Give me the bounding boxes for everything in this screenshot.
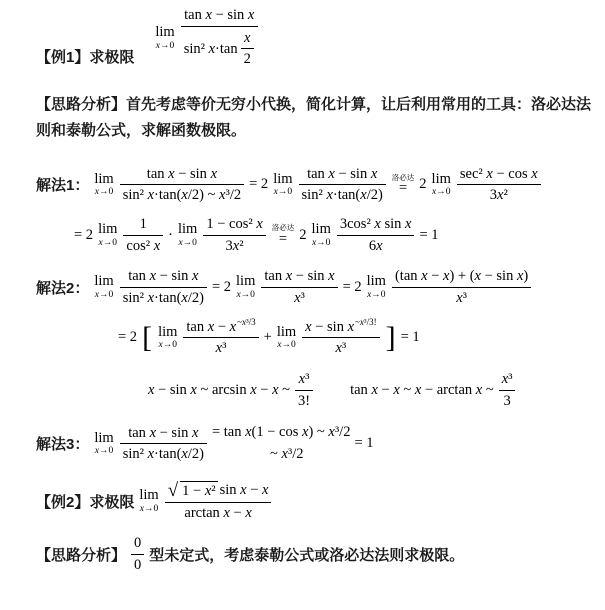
denominator: x³ bbox=[392, 288, 531, 308]
example1-label: 【例1】求极限 bbox=[36, 46, 134, 67]
lim-subscript: x→0 bbox=[95, 291, 113, 301]
denominator: x³ bbox=[183, 338, 258, 358]
denominator: 3x² bbox=[457, 185, 541, 205]
limit-operator: lim x→0 bbox=[367, 274, 386, 300]
stack-bottom: ~ x³/2 bbox=[212, 444, 351, 466]
equals-sign: = bbox=[279, 233, 287, 246]
limit-operator: lim x→0 bbox=[236, 274, 255, 300]
lim-subscript: x→0 bbox=[432, 188, 450, 198]
lhopital-equals: 洛必达 = bbox=[272, 224, 295, 246]
solution1-line1: 解法1： lim x→0 tan x − sin x sin² x·tan(x/… bbox=[36, 165, 591, 205]
solution2-line2: = 2 [ lim x→0 tan x − x~x³/3 x³ + lim x→… bbox=[118, 318, 591, 358]
fraction: sec² x − cos x 3x² bbox=[457, 165, 541, 205]
numerator: x³ bbox=[499, 370, 516, 391]
lim-subscript: x→0 bbox=[236, 291, 254, 301]
document-page: 【例1】求极限 lim x→0 tan x − sin x sin² x·tan… bbox=[0, 0, 605, 610]
denominator: x³ bbox=[261, 288, 337, 308]
solution1-line2: = 2 lim x→0 1 cos² x · lim x→0 1 − cos² … bbox=[74, 215, 591, 255]
fraction: 3cos² x sin x 6x bbox=[337, 215, 415, 255]
stack-top: = tan x(1 − cos x) ~ x³/2 bbox=[212, 422, 351, 444]
lim-subscript: x→0 bbox=[277, 341, 295, 351]
limit-operator: lim x→0 bbox=[94, 431, 113, 457]
limit-operator: lim x→0 bbox=[273, 172, 292, 198]
numerator: √ 1 − x² sin x − x bbox=[165, 480, 272, 503]
solution1-label: 解法1： bbox=[36, 174, 89, 195]
equals-1-result: = 1 bbox=[419, 227, 438, 244]
fraction: √ 1 − x² sin x − x arctan x − x bbox=[165, 480, 272, 523]
solution3-line: 解法3： lim x→0 tan x − sin x sin² x·tan(x/… bbox=[36, 422, 591, 466]
lim-word: lim bbox=[94, 431, 113, 446]
lhopital-equals: 洛必达 = bbox=[392, 174, 415, 196]
numerator: 1 − cos² x bbox=[203, 215, 265, 236]
analysis1-label: 【思路分析】 bbox=[36, 96, 126, 113]
fraction: 1 cos² x bbox=[123, 215, 163, 255]
lim-subscript: x→0 bbox=[95, 447, 113, 457]
lim-subscript: x→0 bbox=[274, 188, 292, 198]
equivalents-line: x − sin x ~ arcsin x − x ~ x³ 3! tan x −… bbox=[148, 370, 591, 410]
numerator: x − sin x~x³/3! bbox=[302, 318, 379, 339]
limit-operator: lim x→0 bbox=[277, 325, 296, 351]
denominator: 3! bbox=[295, 391, 313, 411]
radical-icon: √ bbox=[168, 481, 178, 500]
equivalence-annotation: ~x³/3 bbox=[237, 317, 256, 327]
lim-word: lim bbox=[94, 274, 113, 289]
lim-subscript: x→0 bbox=[159, 341, 177, 351]
lim-subscript: x→0 bbox=[367, 291, 385, 301]
equivalence-left: x − sin x ~ arcsin x − x ~ bbox=[148, 382, 290, 399]
lim-word: lim bbox=[155, 25, 174, 40]
lim-subscript: x→0 bbox=[312, 239, 330, 249]
example1-formula: lim x→0 tan x − sin x sin² x·tan x 2 bbox=[154, 6, 258, 70]
numerator: (tan x − x) + (x − sin x) bbox=[392, 267, 531, 288]
fraction: tan x − sin x sin² x·tan(x/2) bbox=[299, 165, 386, 205]
equals-2: = 2 bbox=[118, 329, 137, 346]
equivalence-stack: = tan x(1 − cos x) ~ x³/2 ~ x³/2 bbox=[212, 422, 351, 466]
lim-word: lim bbox=[158, 325, 177, 340]
equals-2: = 2 bbox=[212, 279, 231, 296]
lim-word: lim bbox=[178, 222, 197, 237]
numerator-rest: sin x − x bbox=[220, 482, 269, 499]
equals-1-result: = 1 bbox=[401, 329, 420, 346]
solution3-label: 解法3： bbox=[36, 433, 89, 454]
denominator-text: sin² x·tan bbox=[184, 41, 238, 58]
limit-operator: lim x→0 bbox=[94, 172, 113, 198]
analysis2-row: 【思路分析】 0 0 型未定式，考虑泰勒公式或洛必达法则求极限。 bbox=[36, 534, 591, 574]
numerator: tan x − sin x bbox=[120, 165, 244, 186]
fraction: x³ 3! bbox=[295, 370, 313, 410]
limit-operator: lim x→0 bbox=[312, 222, 331, 248]
half-numerator: x bbox=[241, 29, 254, 50]
lim-subscript: x→0 bbox=[95, 188, 113, 198]
fraction: 1 − cos² x 3x² bbox=[203, 215, 265, 255]
numerator: sec² x − cos x bbox=[457, 165, 541, 186]
equivalence-right: tan x − x ~ x − arctan x ~ bbox=[350, 382, 494, 399]
example1-heading-row: 【例1】求极限 lim x→0 tan x − sin x sin² x·tan… bbox=[36, 6, 591, 70]
limit-operator: lim x→0 bbox=[94, 274, 113, 300]
fraction: tan x − sin x sin² x·tan(x/2) bbox=[120, 267, 207, 307]
numerator: 3cos² x sin x bbox=[337, 215, 415, 236]
denominator: 0 bbox=[131, 555, 144, 575]
lim-subscript: x→0 bbox=[99, 239, 117, 249]
denominator: 3x² bbox=[203, 236, 265, 256]
close-bracket: ] bbox=[386, 324, 396, 351]
open-bracket: [ bbox=[142, 324, 152, 351]
lim-word: lim bbox=[98, 222, 117, 237]
equals-sign: = bbox=[399, 182, 407, 195]
fraction: tan x − sin x sin² x·tan(x/2) bbox=[120, 424, 207, 464]
lim-subscript: x→0 bbox=[156, 42, 174, 52]
lim-word: lim bbox=[277, 325, 296, 340]
numerator: x³ bbox=[295, 370, 313, 391]
lim-subscript: x→0 bbox=[140, 505, 158, 515]
numerator: tan x − sin x bbox=[181, 6, 258, 27]
example2-label: 【例2】求极限 bbox=[36, 491, 134, 512]
coefficient: 2 bbox=[419, 176, 426, 193]
lim-word: lim bbox=[432, 172, 451, 187]
denominator: arctan x − x bbox=[165, 503, 272, 523]
numerator: 1 bbox=[123, 215, 163, 236]
solution2-line1: 解法2： lim x→0 tan x − sin x sin² x·tan(x/… bbox=[36, 267, 591, 307]
radicand: 1 − x² bbox=[180, 481, 217, 500]
half-fraction: x 2 bbox=[241, 29, 254, 69]
analysis2-label: 【思路分析】 bbox=[36, 544, 126, 565]
numerator: tan x − x~x³/3 bbox=[183, 318, 258, 339]
lim-word: lim bbox=[236, 274, 255, 289]
fraction: tan x − sin x sin² x·tan x 2 bbox=[181, 6, 258, 70]
denominator: cos² x bbox=[123, 236, 163, 256]
lim-word: lim bbox=[94, 172, 113, 187]
denominator: x³ bbox=[302, 338, 379, 358]
numerator-text: tan x − x bbox=[186, 319, 236, 335]
equals-2: = 2 bbox=[74, 227, 93, 244]
numerator: tan x − sin x bbox=[299, 165, 386, 186]
denominator: sin² x·tan(x/2) bbox=[120, 444, 207, 464]
lim-subscript: x→0 bbox=[178, 239, 196, 249]
zero-over-zero-fraction: 0 0 bbox=[131, 534, 144, 574]
equals-2: = 2 bbox=[343, 279, 362, 296]
numerator: tan x − sin x bbox=[120, 267, 207, 288]
lim-word: lim bbox=[139, 488, 158, 503]
lim-word: lim bbox=[273, 172, 292, 187]
numerator-text: x − sin x bbox=[305, 319, 354, 335]
limit-operator: lim x→0 bbox=[155, 25, 174, 51]
half-denominator: 2 bbox=[241, 49, 254, 69]
limit-operator: lim x→0 bbox=[432, 172, 451, 198]
analysis1-paragraph: 【思路分析】首先考虑等价无穷小代换，简化计算，让后利用常用的工具：洛必达法则和泰… bbox=[36, 92, 600, 145]
coefficient: 2 bbox=[299, 227, 306, 244]
limit-operator: lim x→0 bbox=[98, 222, 117, 248]
denominator: sin² x·tan(x/2) ~ x³/2 bbox=[120, 185, 244, 205]
multiplication-dot: · bbox=[168, 227, 173, 244]
equivalence-annotation: ~x³/3! bbox=[355, 317, 377, 327]
denominator: sin² x·tan(x/2) bbox=[120, 288, 207, 308]
denominator: sin² x·tan(x/2) bbox=[299, 185, 386, 205]
fraction: tan x − sin x x³ bbox=[261, 267, 337, 307]
analysis2-body: 型未定式，考虑泰勒公式或洛必达法则求极限。 bbox=[149, 544, 464, 565]
equals-2: = 2 bbox=[249, 176, 268, 193]
example2-heading-row: 【例2】求极限 lim x→0 √ 1 − x² sin x − x arcta… bbox=[36, 480, 591, 523]
numerator: tan x − sin x bbox=[261, 267, 337, 288]
denominator: 3 bbox=[499, 391, 516, 411]
fraction: tan x − x~x³/3 x³ bbox=[183, 318, 258, 358]
numerator: 0 bbox=[131, 534, 144, 555]
denominator: 6x bbox=[337, 236, 415, 256]
fraction: x − sin x~x³/3! x³ bbox=[302, 318, 379, 358]
limit-operator: lim x→0 bbox=[139, 488, 158, 514]
numerator: tan x − sin x bbox=[120, 424, 207, 445]
fraction: tan x − sin x sin² x·tan(x/2) ~ x³/2 bbox=[120, 165, 244, 205]
equals-1-result: = 1 bbox=[354, 435, 373, 452]
plus-sign: + bbox=[264, 329, 272, 346]
limit-operator: lim x→0 bbox=[158, 325, 177, 351]
fraction: (tan x − x) + (x − sin x) x³ bbox=[392, 267, 531, 307]
solution2-label: 解法2： bbox=[36, 277, 89, 298]
lim-word: lim bbox=[312, 222, 331, 237]
lim-word: lim bbox=[367, 274, 386, 289]
denominator: sin² x·tan x 2 bbox=[181, 27, 258, 70]
fraction: x³ 3 bbox=[499, 370, 516, 410]
limit-operator: lim x→0 bbox=[178, 222, 197, 248]
